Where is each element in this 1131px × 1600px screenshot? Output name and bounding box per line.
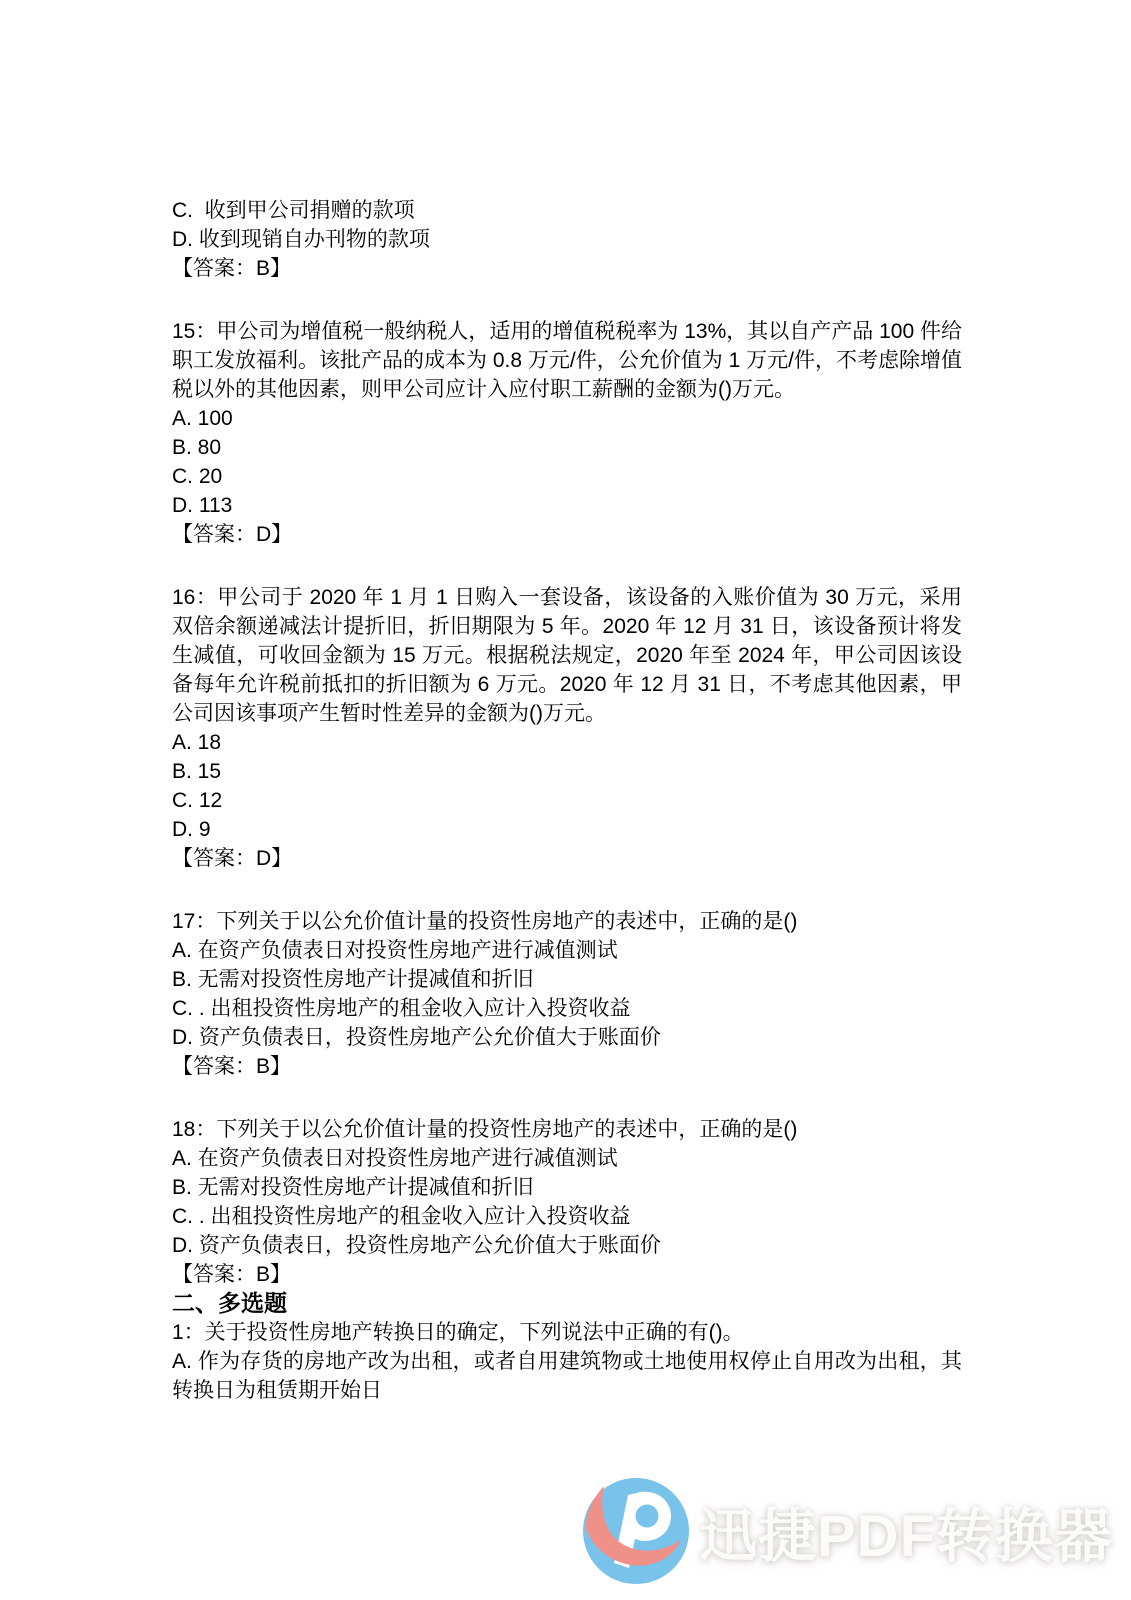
question-stem: 15：甲公司为增值税一般纳税人，适用的增值税税率为 13%，其以自产产品 100… [172,317,962,404]
question-16: 16：甲公司于 2020 年 1 月 1 日购入一套设备，该设备的入账价值为 3… [172,583,962,873]
answer-line: 【答案：B】 [172,1052,962,1081]
answer-line: 【答案：B】 [172,1260,962,1289]
option-line: C. 20 [172,462,962,491]
option-line: C. 收到甲公司捐赠的款项 [172,196,962,225]
option-line: B. 15 [172,757,962,786]
question-stem: 18：下列关于以公允价值计量的投资性房地产的表述中，正确的是() [172,1115,962,1144]
option-line: C. . 出租投资性房地产的租金收入应计入投资收益 [172,994,962,1023]
pdf-page: C. 收到甲公司捐赠的款项 D. 收到现销自办刊物的款项 【答案：B】 15：甲… [0,0,1131,1600]
option-line: B. 80 [172,433,962,462]
question-15: 15：甲公司为增值税一般纳税人，适用的增值税税率为 13%，其以自产产品 100… [172,317,962,549]
answer-line: 【答案：B】 [172,254,962,283]
option-line: D. 资产负债表日，投资性房地产公允价值大于账面价 [172,1231,962,1260]
question-17: 17：下列关于以公允价值计量的投资性房地产的表述中，正确的是() A. 在资产负… [172,907,962,1081]
option-line: B. 无需对投资性房地产计提减值和折旧 [172,1173,962,1202]
option-line: B. 无需对投资性房地产计提减值和折旧 [172,965,962,994]
option-line: A. 100 [172,404,962,433]
option-line: C. 12 [172,786,962,815]
watermark-brand-text: 迅捷PDF转换器 [699,1489,1113,1573]
question-stem: 16：甲公司于 2020 年 1 月 1 日购入一套设备，该设备的入账价值为 3… [172,583,962,728]
option-line: D. 9 [172,815,962,844]
option-line: D. 收到现销自办刊物的款项 [172,225,962,254]
xunjie-pdf-converter-logo-icon [583,1478,689,1584]
document-content: C. 收到甲公司捐赠的款项 D. 收到现销自办刊物的款项 【答案：B】 15：甲… [172,196,962,1405]
section-heading-multiple-choice: 二、多选题 [172,1289,962,1318]
watermark: 迅捷PDF转换器 [583,1478,1113,1584]
option-line: A. 18 [172,728,962,757]
answer-line: 【答案：D】 [172,844,962,873]
option-line: D. 113 [172,491,962,520]
option-line: C. . 出租投资性房地产的租金收入应计入投资收益 [172,1202,962,1231]
option-line: A. 作为存货的房地产改为出租，或者自用建筑物或土地使用权停止自用改为出租，其转… [172,1347,962,1405]
option-line: D. 资产负债表日，投资性房地产公允价值大于账面价 [172,1023,962,1052]
option-line: A. 在资产负债表日对投资性房地产进行减值测试 [172,936,962,965]
question-stem: 17：下列关于以公允价值计量的投资性房地产的表述中，正确的是() [172,907,962,936]
answer-line: 【答案：D】 [172,520,962,549]
question-stem: 1：关于投资性房地产转换日的确定，下列说法中正确的有()。 [172,1318,962,1347]
question-18: 18：下列关于以公允价值计量的投资性房地产的表述中，正确的是() A. 在资产负… [172,1115,962,1289]
option-line: A. 在资产负债表日对投资性房地产进行减值测试 [172,1144,962,1173]
